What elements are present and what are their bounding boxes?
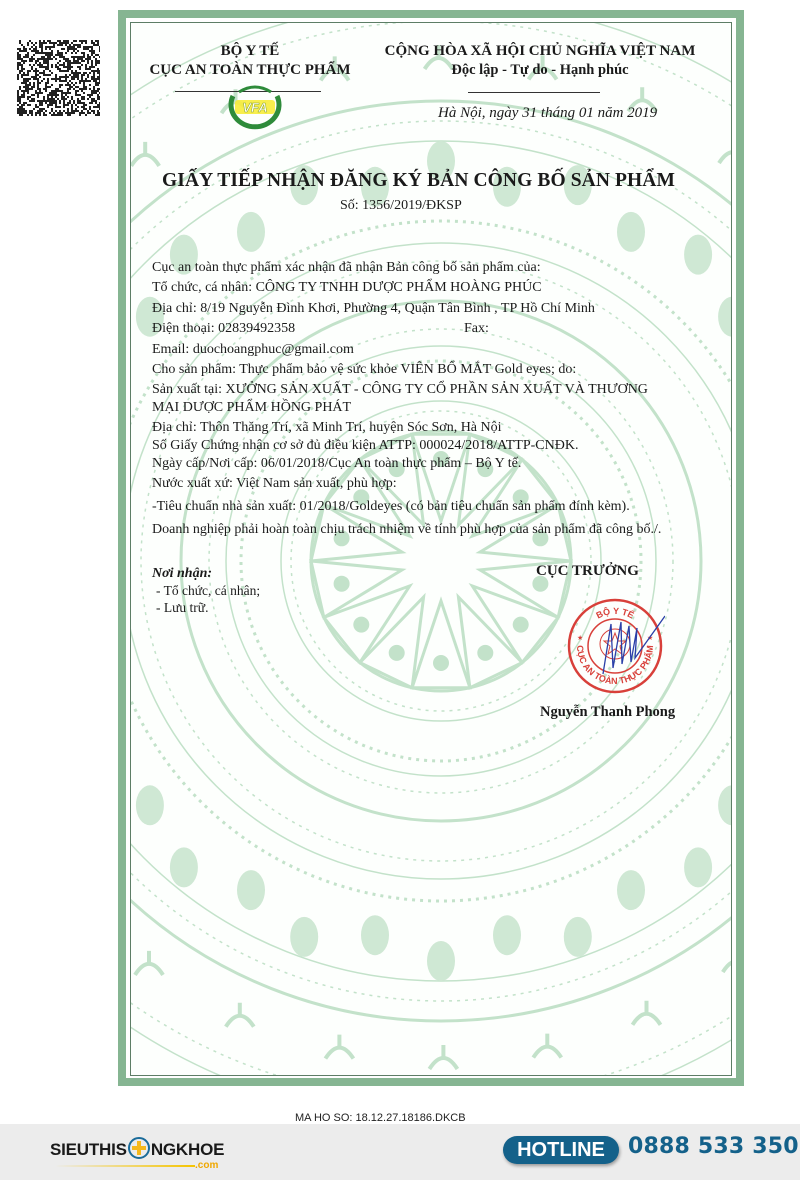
certificate-number-field: Số Giấy Chứng nhận cơ sở đủ điều kiện AT… [152, 438, 578, 454]
certificate-document: BỘ Y TẾ CỤC AN TOÀN THỰC PHẨM VFA CỘNG H… [0, 0, 800, 1180]
document-number: Số: 1356/2019/ĐKSP [340, 198, 462, 214]
svg-text:BỘ Y TẾ: BỘ Y TẾ [594, 605, 635, 620]
file-code: MA HO SO: 18.12.27.18186.DKCB [295, 1112, 466, 1124]
recipient-item: - Lưu trữ. [156, 600, 209, 616]
standard-field: -Tiêu chuẩn nhà sản xuất: 01/2018/Goldey… [152, 499, 630, 515]
official-stamp: BỘ Y TẾ CỤC AN TOÀN THỰC PHẨM ★ ★ [565, 596, 665, 696]
signer-name: Nguyễn Thanh Phong [540, 704, 675, 721]
country-name: CỘNG HÒA XÃ HỘI CHỦ NGHĨA VIỆT NAM [360, 43, 720, 60]
svg-text:★: ★ [577, 634, 583, 642]
manufacturer-field-line1: Sản xuất tại: XƯỞNG SẢN XUẤT - CÔNG TY C… [152, 382, 648, 398]
hotline-button[interactable]: HOTLINE [503, 1136, 619, 1164]
recipient-item: - Tổ chức, cá nhân; [156, 583, 260, 599]
intro-text: Cục an toàn thực phẩm xác nhận đã nhận B… [152, 260, 541, 276]
place-date: Hà Nội, ngày 31 tháng 01 năm 2019 [438, 105, 657, 122]
brand-underline [55, 1165, 195, 1167]
document-title: GIẤY TIẾP NHẬN ĐĂNG KÝ BẢN CÔNG BỐ SẢN P… [162, 170, 675, 192]
organization-field: Tổ chức, cá nhân: CÔNG TY TNHH DƯỢC PHẨM… [152, 280, 542, 296]
ministry-name: BỘ Y TẾ [150, 43, 350, 60]
email-field: Email: duochoangphuc@gmail.com [152, 342, 354, 358]
signer-position: CỤC TRƯỞNG [536, 563, 639, 580]
medical-cross-icon [128, 1137, 150, 1159]
motto: Độc lập - Tự do - Hạnh phúc [380, 62, 700, 79]
svg-text:VFA: VFA [242, 100, 267, 115]
fax-field: Fax: [464, 321, 489, 337]
product-field: Cho sản phẩm: Thực phẩm bảo vệ sức khỏe … [152, 362, 576, 378]
recipients-label: Nơi nhận: [152, 566, 212, 582]
address-field: Địa chỉ: 8/19 Nguyễn Đình Khơi, Phường 4… [152, 301, 595, 317]
vfa-logo: VFA [225, 84, 285, 132]
phone-field: Điện thoại: 02839492358 [152, 321, 295, 337]
brand-logo[interactable]: SIEUTHISNGKHOE [50, 1137, 224, 1160]
svg-text:CỤC AN TOÀN THỰC PHẨM: CỤC AN TOÀN THỰC PHẨM [575, 645, 655, 686]
origin-field: Nước xuất xứ: Việt Nam sản xuất, phù hợp… [152, 476, 397, 492]
header-right-underline [468, 92, 600, 93]
manufacturer-field-line2: MẠI DƯỢC PHẨM HỒNG PHÁT [152, 400, 351, 416]
brand-logo-right: NGKHOE [151, 1140, 224, 1159]
responsibility-statement: Doanh nghiệp phải hoàn toàn chịu trách n… [152, 522, 661, 538]
manufacturer-address-field: Địa chỉ: Thôn Thăng Trí, xã Minh Trí, hu… [152, 420, 502, 436]
agency-name: CỤC AN TOÀN THỰC PHẨM [145, 62, 355, 79]
issued-field: Ngày cấp/Nơi cấp: 06/01/2018/Cục An toàn… [152, 456, 521, 472]
hotline-number[interactable]: 0888 533 350 [628, 1134, 799, 1159]
brand-suffix: .com [195, 1160, 218, 1171]
brand-logo-left: SIEUTHIS [50, 1140, 127, 1159]
